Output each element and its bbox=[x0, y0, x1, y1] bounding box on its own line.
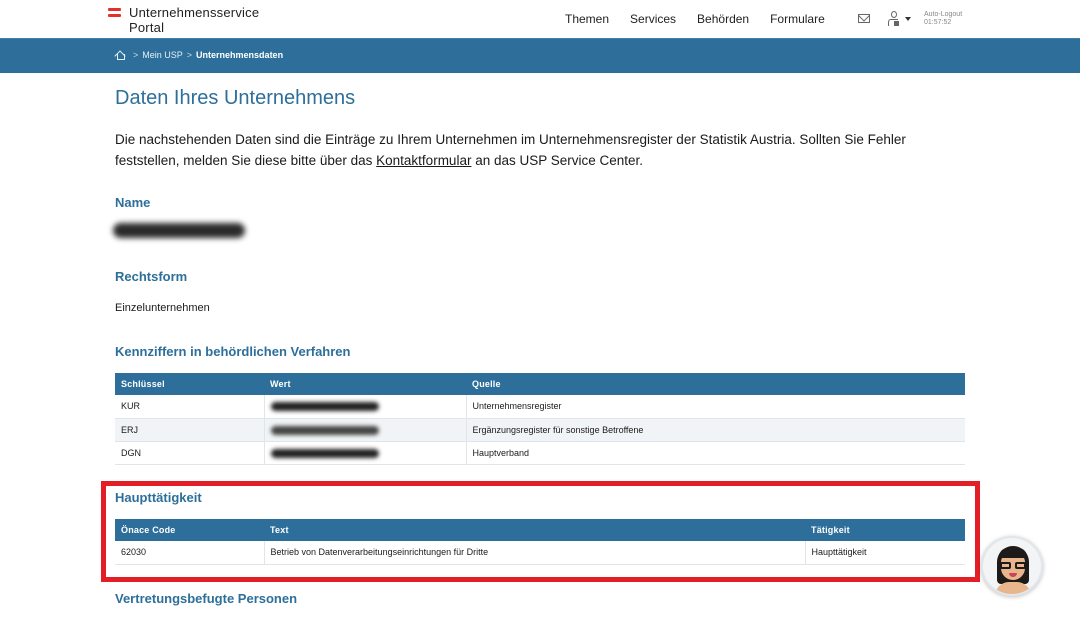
cell-key: DGN bbox=[115, 441, 264, 464]
top-header: Unternehmensservice Portal Themen Servic… bbox=[0, 0, 1080, 38]
cell-source: Hauptverband bbox=[466, 441, 965, 464]
breadcrumb-bar: > Mein USP > Unternehmensdaten bbox=[0, 38, 1080, 73]
glasses-icon bbox=[1000, 562, 1026, 569]
nav-behoerden[interactable]: Behörden bbox=[697, 12, 749, 26]
vertretung-heading: Vertretungsbefugte Personen bbox=[115, 591, 297, 606]
rechtsform-value: Einzelunternehmen bbox=[115, 302, 210, 314]
highlight-box bbox=[101, 481, 980, 582]
cell-key: ERJ bbox=[115, 418, 264, 441]
breadcrumb: > Mein USP > Unternehmensdaten bbox=[115, 50, 283, 60]
caret-down-icon[interactable] bbox=[905, 17, 911, 21]
cell-key: KUR bbox=[115, 395, 264, 418]
logo-line2: Portal bbox=[129, 20, 259, 35]
breadcrumb-separator: > bbox=[187, 50, 192, 60]
kennziffern-table: Schlüssel Wert Quelle KUR Unternehmensre… bbox=[115, 373, 965, 465]
name-heading: Name bbox=[115, 195, 150, 210]
austria-flag-icon bbox=[108, 8, 121, 18]
nav-services[interactable]: Services bbox=[630, 12, 676, 26]
chat-assistant-button[interactable] bbox=[981, 536, 1043, 596]
breadcrumb-mein-usp[interactable]: Mein USP bbox=[142, 50, 183, 60]
cell-value-redacted bbox=[264, 395, 466, 418]
table-row: DGN Hauptverband bbox=[115, 441, 965, 464]
nav-themen[interactable]: Themen bbox=[565, 12, 609, 26]
breadcrumb-separator: > bbox=[133, 50, 138, 60]
column-header-quelle: Quelle bbox=[466, 373, 965, 395]
cell-source: Unternehmensregister bbox=[466, 395, 965, 418]
column-header-wert: Wert bbox=[264, 373, 466, 395]
column-header-schluessel: Schlüssel bbox=[115, 373, 264, 395]
table-row: KUR Unternehmensregister bbox=[115, 395, 965, 418]
page-title: Daten Ihres Unternehmens bbox=[115, 87, 355, 110]
user-lock-icon[interactable] bbox=[887, 11, 901, 27]
mail-icon[interactable] bbox=[858, 14, 870, 23]
name-value-redacted bbox=[113, 223, 245, 238]
breadcrumb-current: Unternehmensdaten bbox=[196, 50, 283, 60]
kennziffern-heading: Kennziffern in behördlichen Verfahren bbox=[115, 344, 350, 359]
logo-line1: Unternehmensservice bbox=[129, 5, 259, 20]
rechtsform-heading: Rechtsform bbox=[115, 269, 187, 284]
table-row: ERJ Ergänzungsregister für sonstige Betr… bbox=[115, 418, 965, 441]
cell-value-redacted bbox=[264, 441, 466, 464]
kontaktformular-link[interactable]: Kontaktformular bbox=[376, 153, 471, 168]
home-icon[interactable] bbox=[115, 50, 125, 60]
cell-source: Ergänzungsregister für sonstige Betroffe… bbox=[466, 418, 965, 441]
cell-value-redacted bbox=[264, 418, 466, 441]
auto-logout: Auto-Logout 01:57:52 bbox=[924, 11, 962, 27]
nav-formulare[interactable]: Formulare bbox=[770, 12, 825, 26]
main-nav: Themen Services Behörden Formulare bbox=[565, 12, 846, 26]
intro-text: Die nachstehenden Daten sind die Einträg… bbox=[115, 129, 945, 171]
auto-logout-label: Auto-Logout bbox=[924, 11, 962, 19]
auto-logout-timer: 01:57:52 bbox=[924, 19, 962, 27]
portal-logo[interactable]: Unternehmensservice Portal bbox=[108, 5, 259, 35]
